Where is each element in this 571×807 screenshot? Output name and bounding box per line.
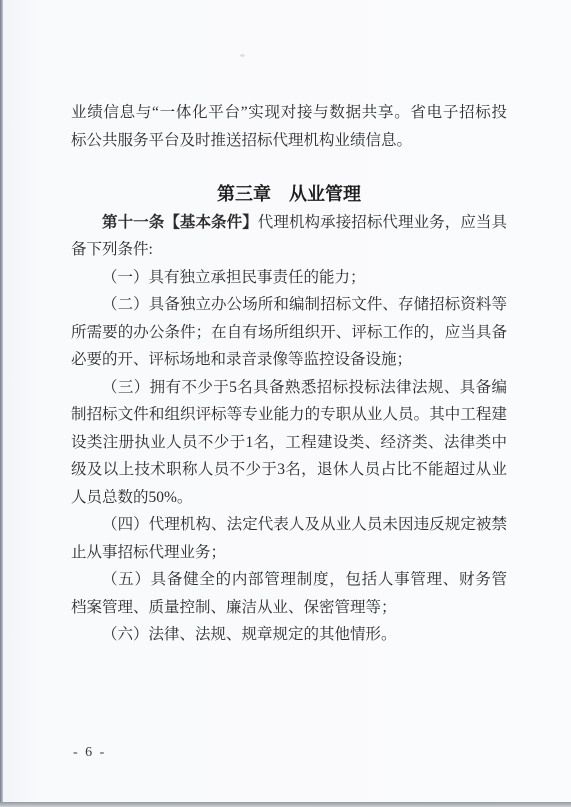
list-item-6: （六）法律、法规、规章规定的其他情形。 — [71, 621, 507, 649]
scan-bottom-edge — [0, 802, 571, 807]
list-item-3-line-2: 制招标文件和组织评标等专业能力的专职从业人员。其中工程建 — [71, 401, 507, 429]
list-item-5-line-1: （五）具备健全的内部管理制度，包括人事管理、财务管理、 — [71, 566, 507, 594]
page-number: - 6 - — [73, 745, 106, 761]
list-item-2-line-3: 必要的开、评标场地和录音录像等监控设备设施； — [71, 346, 507, 374]
list-item-3-line-4: 级及以上技术职称人员不少于3名，退休人员占比不能超过从业 — [71, 456, 507, 484]
list-item-4-line-2: 止从事招标代理业务； — [71, 539, 507, 567]
list-item-1: （一）具有独立承担民事责任的能力； — [71, 264, 507, 292]
list-item-3-line-3: 设类注册执业人员不少于1名，工程建设类、经济类、法律类中 — [71, 429, 507, 457]
list-item-2-line-1: （二）具备独立办公场所和编制招标文件、存储招标资料等 — [71, 291, 507, 319]
list-item-4-line-1: （四）代理机构、法定代表人及从业人员未因违反规定被禁 — [71, 511, 507, 539]
document-text-block: 业绩信息与“一体化平台”实现对接与数据共享。省电子招标投 标公共服务平台及时推送… — [71, 99, 507, 649]
list-item-5-line-2: 档案管理、质量控制、廉洁从业、保密管理等； — [71, 594, 507, 622]
list-item-3-line-1: （三）拥有不少于5名具备熟悉招标投标法律法规、具备编 — [71, 374, 507, 402]
paragraph-line: 标公共服务平台及时推送招标代理机构业绩信息。 — [71, 127, 507, 155]
list-item-2-line-2: 所需要的办公条件；在自有场所组织开、评标工作的，应当具备 — [71, 319, 507, 347]
scan-left-edge — [0, 0, 3, 807]
article-lead-text: 代理机构承接招标代理业务，应当具 — [258, 214, 507, 231]
article-lead-line: 第十一条【基本条件】代理机构承接招标代理业务，应当具 — [71, 209, 507, 237]
article-line: 备下列条件: — [71, 236, 507, 264]
scan-smudge — [240, 54, 245, 57]
scanned-document-page: 业绩信息与“一体化平台”实现对接与数据共享。省电子招标投 标公共服务平台及时推送… — [0, 0, 571, 807]
article-number-label: 第十一条【基本条件】 — [102, 214, 258, 231]
list-item-3-line-5: 人员总数的50%。 — [71, 484, 507, 512]
chapter-heading: 第三章 从业管理 — [71, 181, 507, 209]
paragraph-line: 业绩信息与“一体化平台”实现对接与数据共享。省电子招标投 — [71, 99, 507, 127]
